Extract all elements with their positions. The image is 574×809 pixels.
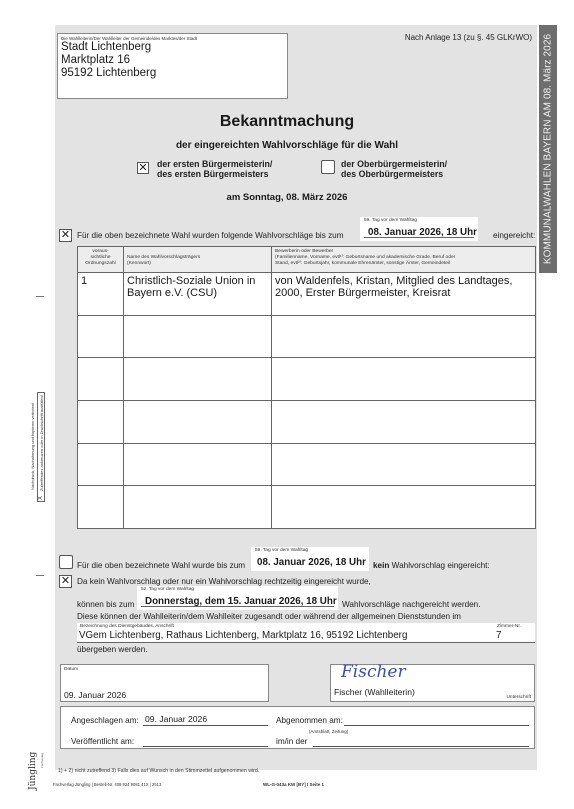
submitted-deadline-field[interactable]: 59. Tag vor dem Wahltag 08. Januar 2026,… [360, 217, 478, 241]
publication-medium-field[interactable] [313, 735, 529, 747]
submitted-text-after: eingereicht: [493, 231, 535, 240]
table-row [78, 443, 536, 486]
office-address: VGem Lichtenberg, Rathaus Lichtenberg, M… [79, 630, 407, 641]
publisher-logo: Jüngling [28, 752, 38, 790]
date-box[interactable]: Datum 09. Januar 2026 [60, 664, 269, 702]
option-lord-mayor-checkbox[interactable] [321, 160, 335, 174]
late-line3: Diese können der Wahlleiterin/dem Wahlle… [77, 612, 461, 621]
check-mark-icon: ✕ [138, 162, 147, 174]
late-submission-checkbox[interactable]: ✕ [59, 575, 72, 588]
table-row [78, 358, 536, 401]
submitted-checkbox[interactable]: ✕ [59, 229, 72, 242]
header-proposer: Name des Wahlvorschlagsträgers (Kennwort… [124, 247, 272, 273]
room-number: 7 [496, 630, 501, 641]
late-suffix: Wahlvorschläge nachgereicht werden. [342, 600, 481, 609]
cell-order: 1 [78, 273, 124, 316]
signature-date: 09. Januar 2026 [64, 690, 126, 700]
sender-line: 95192 Lichtenberg [61, 67, 156, 79]
option-first-mayor-label: der ersten Bürgermeisterin/des ersten Bü… [157, 160, 272, 179]
publisher-logo-sub: Fachverlag [40, 753, 44, 768]
signature-box[interactable]: Fischer Fischer (Wahlleiterin) Unterschr… [330, 664, 535, 702]
page-subtitle: der eingereichten Wahlvorschläge für die… [0, 140, 574, 151]
cell-candidate [272, 358, 536, 401]
check-mark-icon: X [38, 496, 45, 500]
footnote: 1) + 2) nicht zutreffend 3) Falls dies a… [58, 768, 259, 774]
page-title: Bekanntmachung [0, 113, 574, 131]
fold-mark [36, 296, 44, 297]
posting-box: Angeschlagen am: 09. Januar 2026 Abgenom… [60, 706, 535, 749]
margin-note-instructions: X Zutreffendes ankreuzen oder in Drucksc… [37, 392, 45, 502]
cell-order [78, 358, 124, 401]
handwritten-signature: Fischer [341, 662, 406, 682]
cell-proposer [124, 486, 272, 529]
late-line1: Da kein Wahlvorschlag oder nur ein Wahlv… [77, 577, 371, 586]
late-line-end: übergeben werden. [77, 645, 148, 654]
check-mark-icon: ✕ [61, 229, 70, 241]
annex-reference: Nach Anlage 13 (zu §. 45 GLKrWO) [405, 33, 532, 42]
none-submitted-deadline-field[interactable]: 59. Tag vor dem Wahltag 08. Januar 2026,… [251, 547, 369, 571]
cell-proposer [124, 443, 272, 486]
check-mark-icon: ✕ [61, 575, 70, 587]
office-field[interactable]: Bezeichnung des Dienstgebäudes, Anschrif… [77, 623, 535, 643]
margin-note-copyright: Nachdruck, Nachahmung und kopieren verbo… [30, 403, 35, 490]
fold-mark [36, 575, 44, 576]
cell-order [78, 486, 124, 529]
table-row [78, 486, 536, 529]
cell-order [78, 400, 124, 443]
header-order: voraus- sichtliche Ordnungszahl [78, 247, 124, 273]
cell-proposer [124, 358, 272, 401]
late-prefix: können bis zum [77, 600, 134, 609]
table-row: 1 Christlich-Soziale Union in Bayern e.V… [78, 273, 536, 316]
header-candidate: Bewerberin oder Bewerber (Familienname, … [272, 247, 536, 273]
cell-proposer [124, 400, 272, 443]
cell-candidate [272, 315, 536, 358]
none-submitted-checkbox[interactable] [59, 555, 73, 569]
published-date-field[interactable] [143, 735, 268, 747]
cell-candidate [272, 486, 536, 529]
sender-line: Stadt Lichtenberg [61, 41, 151, 53]
cell-candidate [272, 443, 536, 486]
cell-proposer: Christlich-Soziale Union in Bayern e.V. … [124, 273, 272, 316]
cell-order [78, 315, 124, 358]
table-row [78, 400, 536, 443]
election-date: am Sonntag, 08. März 2026 [0, 192, 574, 203]
proposals-table: voraus- sichtliche Ordnungszahl Name des… [77, 246, 536, 529]
removed-date-field[interactable] [344, 714, 529, 726]
cell-proposer [124, 315, 272, 358]
sender-line: Marktplatz 16 [61, 54, 130, 66]
cell-order [78, 443, 124, 486]
signer-name: Fischer (Wahlleiterin) [334, 687, 415, 697]
option-first-mayor-checkbox[interactable]: ✕ [137, 162, 149, 174]
none-submitted-deadline: 08. Januar 2026, 18 Uhr [257, 557, 366, 568]
form-id: WL-G-043a KW [BY] I Seite 1 [263, 782, 324, 787]
cell-candidate: von Waldenfels, Kristan, Mitglied des La… [272, 273, 536, 316]
table-row [78, 315, 536, 358]
late-deadline-field[interactable]: 52. Tag vor dem Wahltag Donnerstag, dem … [137, 586, 338, 610]
none-submitted-text-after: kein Wahlvorschlag eingereicht: [373, 561, 490, 570]
sender-box: Die Wahlleiterin/Der Wahlleiter der Geme… [57, 33, 288, 99]
option-lord-mayor-label: der Oberbürgermeisterin/des Oberbürgerme… [341, 160, 447, 179]
publisher-order: Fachverlag Jüngling | Bestell-Nr. 409 92… [53, 782, 161, 787]
cell-candidate [272, 400, 536, 443]
submitted-text: Für die oben bezeichnete Wahl wurden fol… [77, 231, 344, 240]
none-submitted-text: Für die oben bezeichnete Wahl wurde bis … [77, 561, 245, 570]
posted-date-field[interactable]: 09. Januar 2026 [143, 714, 268, 726]
